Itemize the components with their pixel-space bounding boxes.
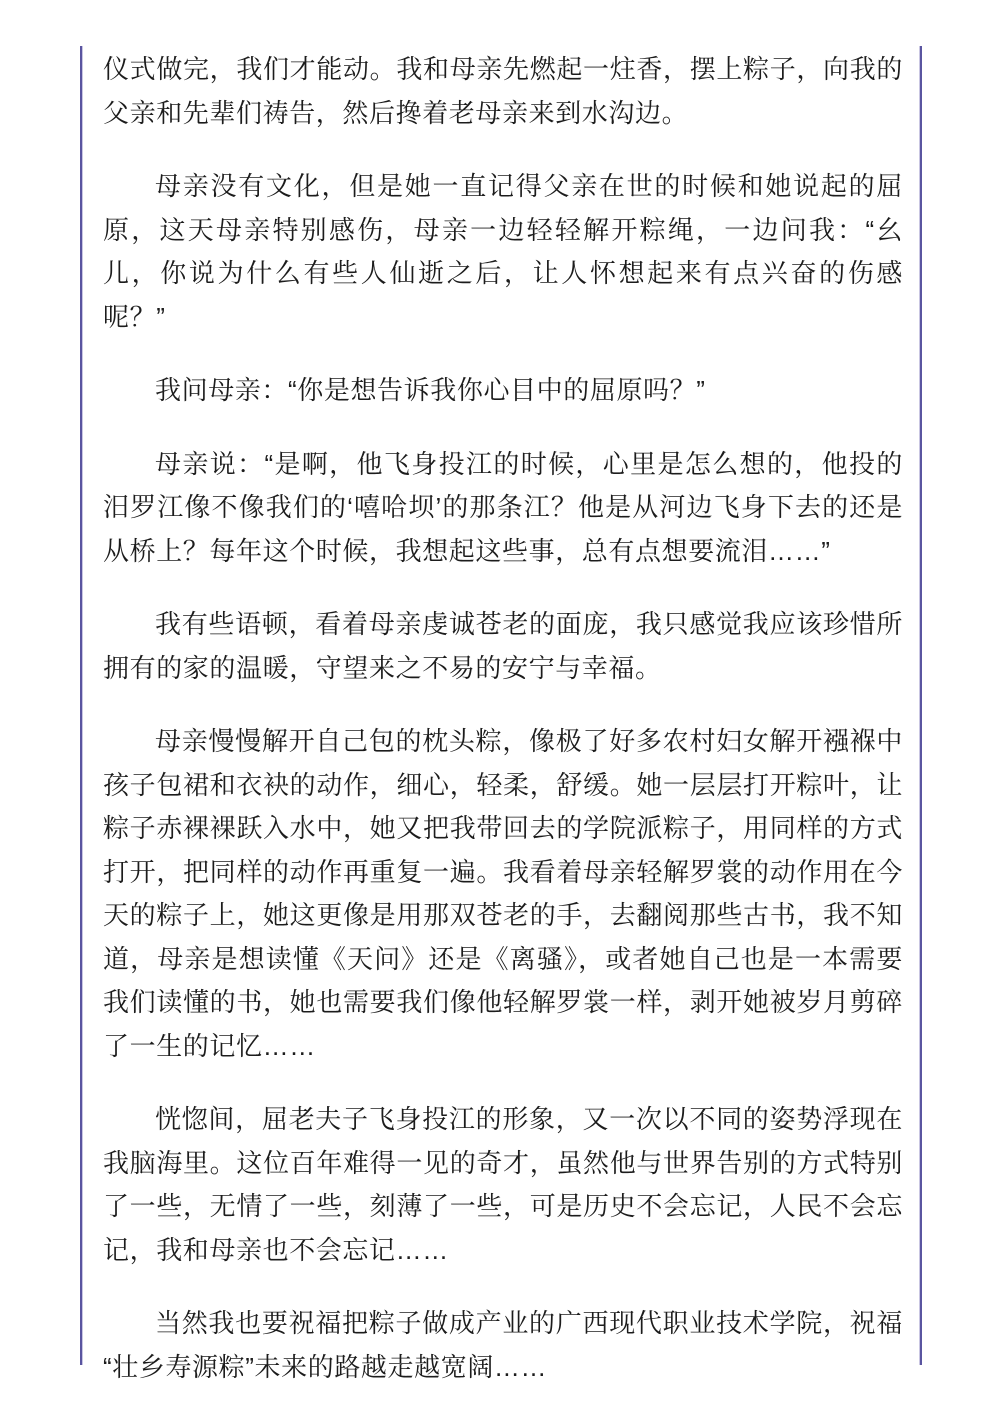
paragraph: 仪式做完，我们才能动。我和母亲先燃起一炷香，摆上粽子，向我的父亲和先辈们祷告，然… bbox=[103, 48, 903, 135]
paragraph: 恍惚间，屈老夫子飞身投江的形象，又一次以不同的姿势浮现在我脑海里。这位百年难得一… bbox=[103, 1098, 903, 1272]
article-body: 仪式做完，我们才能动。我和母亲先燃起一炷香，摆上粽子，向我的父亲和先辈们祷告，然… bbox=[80, 46, 922, 1365]
paragraph: 我问母亲：“你是想告诉我你心目中的屈原吗？” bbox=[103, 369, 903, 413]
paragraph: 母亲没有文化，但是她一直记得父亲在世的时候和她说起的屈原，这天母亲特别感伤，母亲… bbox=[103, 165, 903, 339]
document-page: 仪式做完，我们才能动。我和母亲先燃起一炷香，摆上粽子，向我的父亲和先辈们祷告，然… bbox=[0, 0, 1000, 1413]
paragraph: 母亲慢慢解开自己包的枕头粽，像极了好多农村妇女解开襁褓中孩子包裙和衣袂的动作，细… bbox=[103, 720, 903, 1068]
paragraph: 当然我也要祝福把粽子做成产业的广西现代职业技术学院，祝福“壮乡寿源粽”未来的路越… bbox=[103, 1302, 903, 1389]
paragraph: 母亲说：“是啊，他飞身投江的时候，心里是怎么想的，他投的汨罗江像不像我们的‘嘻哈… bbox=[103, 443, 903, 574]
paragraph: 我有些语顿，看着母亲虔诚苍老的面庞，我只感觉我应该珍惜所拥有的家的温暖，守望来之… bbox=[103, 603, 903, 690]
